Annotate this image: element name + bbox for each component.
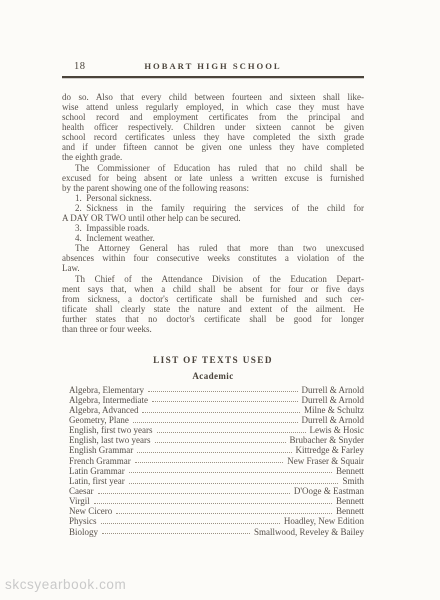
subject-label: Algebra, Intermediate	[62, 395, 148, 405]
textbook-row: English, first two yearsLewis & Hosic	[62, 425, 364, 435]
dot-leader	[94, 503, 332, 504]
author-label: Durrell & Arnold	[302, 415, 365, 425]
author-label: Lewis & Hosic	[310, 425, 365, 435]
text-line: from sickness, a doctor's certificate sh…	[62, 294, 364, 304]
subject-label: Algebra, Advanced	[62, 405, 138, 415]
dot-leader	[101, 523, 280, 524]
text-line: school record certificates unless they h…	[62, 132, 364, 142]
subject-label: Biology	[62, 527, 98, 537]
textbook-row: BiologySmallwood, Reveley & Bailey	[62, 527, 364, 537]
textbook-row: Latin GrammarBennett	[62, 466, 364, 476]
text-line: A DAY OR TWO until other help can be sec…	[62, 213, 364, 223]
text-line: further states that no doctor's certific…	[62, 314, 364, 324]
subject-label: Algebra, Elementary	[62, 385, 144, 395]
subject-label: Virgil	[62, 496, 90, 506]
text-line: than three or four weeks.	[62, 324, 364, 334]
dot-leader	[152, 401, 298, 402]
dot-leader	[116, 513, 332, 514]
text-line: by the parent showing one of the followi…	[62, 183, 364, 193]
author-label: Smith	[342, 476, 364, 486]
dot-leader	[98, 493, 290, 494]
text-line: health officer respectively. Children un…	[62, 122, 364, 132]
subject-label: Caesar	[62, 486, 94, 496]
body-text: do so. Also that every child between fou…	[62, 92, 364, 334]
dot-leader	[133, 422, 298, 423]
dot-leader	[129, 483, 339, 484]
dot-leader	[155, 442, 286, 443]
textbook-row: English GrammarKittredge & Farley	[62, 445, 364, 455]
subject-label: Physics	[62, 516, 97, 526]
subject-label: New Cicero	[62, 506, 112, 516]
scanned-yearbook-page: 18 HOBART HIGH SCHOOL do so. Also that e…	[0, 0, 440, 600]
author-label: Milne & Schultz	[304, 405, 364, 415]
dot-leader	[102, 533, 250, 534]
text-line: 2. Sickness in the family requiring the …	[62, 203, 364, 213]
text-line: do so. Also that every child between fou…	[62, 92, 364, 102]
texts-section-subtitle: Academic	[62, 371, 364, 382]
subject-label: English Grammar	[62, 445, 133, 455]
dot-leader	[137, 452, 291, 453]
text-line: the eighth grade.	[62, 152, 364, 162]
page-number: 18	[74, 60, 86, 73]
dot-leader	[157, 432, 306, 433]
text-line: school record and employment certificate…	[62, 112, 364, 122]
dot-leader	[135, 462, 284, 463]
author-label: Bennett	[336, 506, 364, 516]
dot-leader	[142, 412, 300, 413]
textbook-row: Algebra, ElementaryDurrell & Arnold	[62, 385, 364, 395]
watermark: skcsyearbook.com	[5, 577, 126, 592]
text-line: 3. Impassible roads.	[62, 223, 364, 233]
textbook-row: Algebra, IntermediateDurrell & Arnold	[62, 395, 364, 405]
subject-label: English, last two years	[62, 435, 151, 445]
author-label: Bennett	[336, 496, 364, 506]
subject-label: English, first two years	[62, 425, 153, 435]
author-label: Kittredge & Farley	[296, 445, 364, 455]
text-line: and if under fifteen cannot be given one…	[62, 142, 364, 152]
subject-label: Latin, first year	[62, 476, 125, 486]
author-label: Brubacher & Snyder	[290, 435, 364, 445]
dot-leader	[148, 391, 298, 392]
text-line: absences within four consecutive weeks c…	[62, 253, 364, 263]
dot-leader	[129, 472, 332, 473]
author-label: Durrell & Arnold	[302, 395, 365, 405]
subject-label: Geometry, Plane	[62, 415, 129, 425]
text-line: 1. Personal sickness.	[62, 193, 364, 203]
text-line: excused for being absent or late unless …	[62, 173, 364, 183]
author-label: Bennett	[336, 466, 364, 476]
text-line: wise attend unless regularly employed, i…	[62, 102, 364, 112]
author-label: Hoadley, New Edition	[284, 516, 364, 526]
page-content-column: 18 HOBART HIGH SCHOOL do so. Also that e…	[62, 60, 364, 537]
textbook-row: Latin, first yearSmith	[62, 476, 364, 486]
subject-label: French Grammar	[62, 456, 131, 466]
textbook-row: CaesarD'Ooge & Eastman	[62, 486, 364, 496]
textbook-row: PhysicsHoadley, New Edition	[62, 516, 364, 526]
author-label: Durrell & Arnold	[302, 385, 365, 395]
header-title: HOBART HIGH SCHOOL	[62, 60, 364, 73]
subject-label: Latin Grammar	[62, 466, 125, 476]
author-label: Smallwood, Reveley & Bailey	[254, 527, 364, 537]
page-header: 18 HOBART HIGH SCHOOL	[62, 60, 364, 73]
textbook-row: VirgilBennett	[62, 496, 364, 506]
text-line: tificate shall clearly state the nature …	[62, 304, 364, 314]
textbook-row: Algebra, AdvancedMilne & Schultz	[62, 405, 364, 415]
text-line: 4. Inclement weather.	[62, 233, 364, 243]
text-line: ment says that, when a child shall be ab…	[62, 284, 364, 294]
text-line: Law.	[62, 263, 364, 273]
textbook-row: New CiceroBennett	[62, 506, 364, 516]
author-label: New Fraser & Squair	[287, 456, 364, 466]
textbook-row: Geometry, PlaneDurrell & Arnold	[62, 415, 364, 425]
header-rule	[62, 76, 364, 78]
text-line: The Commissioner of Education has ruled …	[62, 163, 364, 173]
texts-section-title: LIST OF TEXTS USED	[62, 355, 364, 366]
textbook-row: French GrammarNew Fraser & Squair	[62, 456, 364, 466]
text-line: The Attorney General has ruled that more…	[62, 243, 364, 253]
textbook-list: Algebra, ElementaryDurrell & ArnoldAlgeb…	[62, 385, 364, 537]
textbook-row: English, last two yearsBrubacher & Snyde…	[62, 435, 364, 445]
author-label: D'Ooge & Eastman	[294, 486, 364, 496]
text-line: Th Chief of the Attendance Division of t…	[62, 274, 364, 284]
